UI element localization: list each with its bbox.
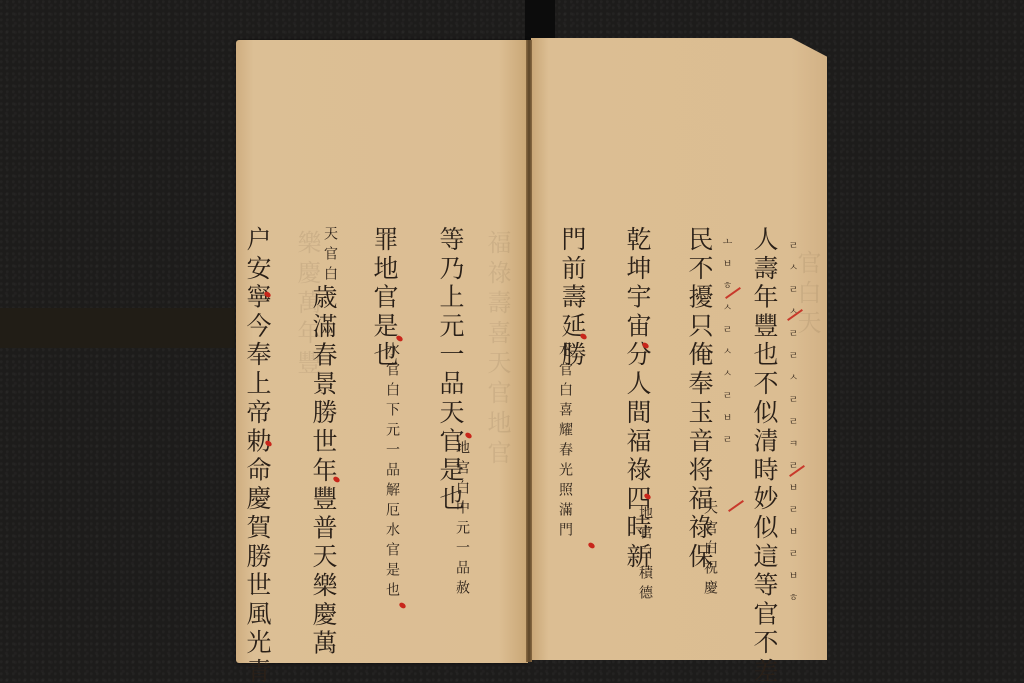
speaker-note: 地官白中元一品赦 bbox=[455, 440, 469, 600]
reading-annotations: ㅗㅂㅎㅅㄹㅅㅅㄹㅂㄹ bbox=[718, 236, 733, 456]
book-gutter bbox=[526, 40, 532, 662]
speaker-note: 地官白積德 bbox=[638, 505, 652, 605]
background-band bbox=[0, 308, 235, 348]
speaker-note: 水官白下元一品解厄水官是也 bbox=[385, 342, 399, 602]
background-strip bbox=[525, 0, 555, 40]
text-column-l3: 歳滿春景勝世年豐普天樂慶萬 bbox=[311, 284, 336, 658]
bleed-through-text: 福祿壽喜天官地官 bbox=[480, 230, 515, 470]
speaker-note: 天官白 bbox=[323, 226, 337, 286]
speaker-note: 水官白喜耀春光照滿門 bbox=[558, 342, 572, 542]
reading-annotations: ㄹㅅㄹㅅㄹㄹㅅㄹㄹㅋㄹㅂㄹㅂㄹㅂㅎ bbox=[784, 240, 799, 614]
text-column-r1: 人壽年豐也不似清時妙似這等官不差 bbox=[752, 226, 777, 683]
speaker-note: 天官白祝慶 bbox=[703, 500, 717, 600]
